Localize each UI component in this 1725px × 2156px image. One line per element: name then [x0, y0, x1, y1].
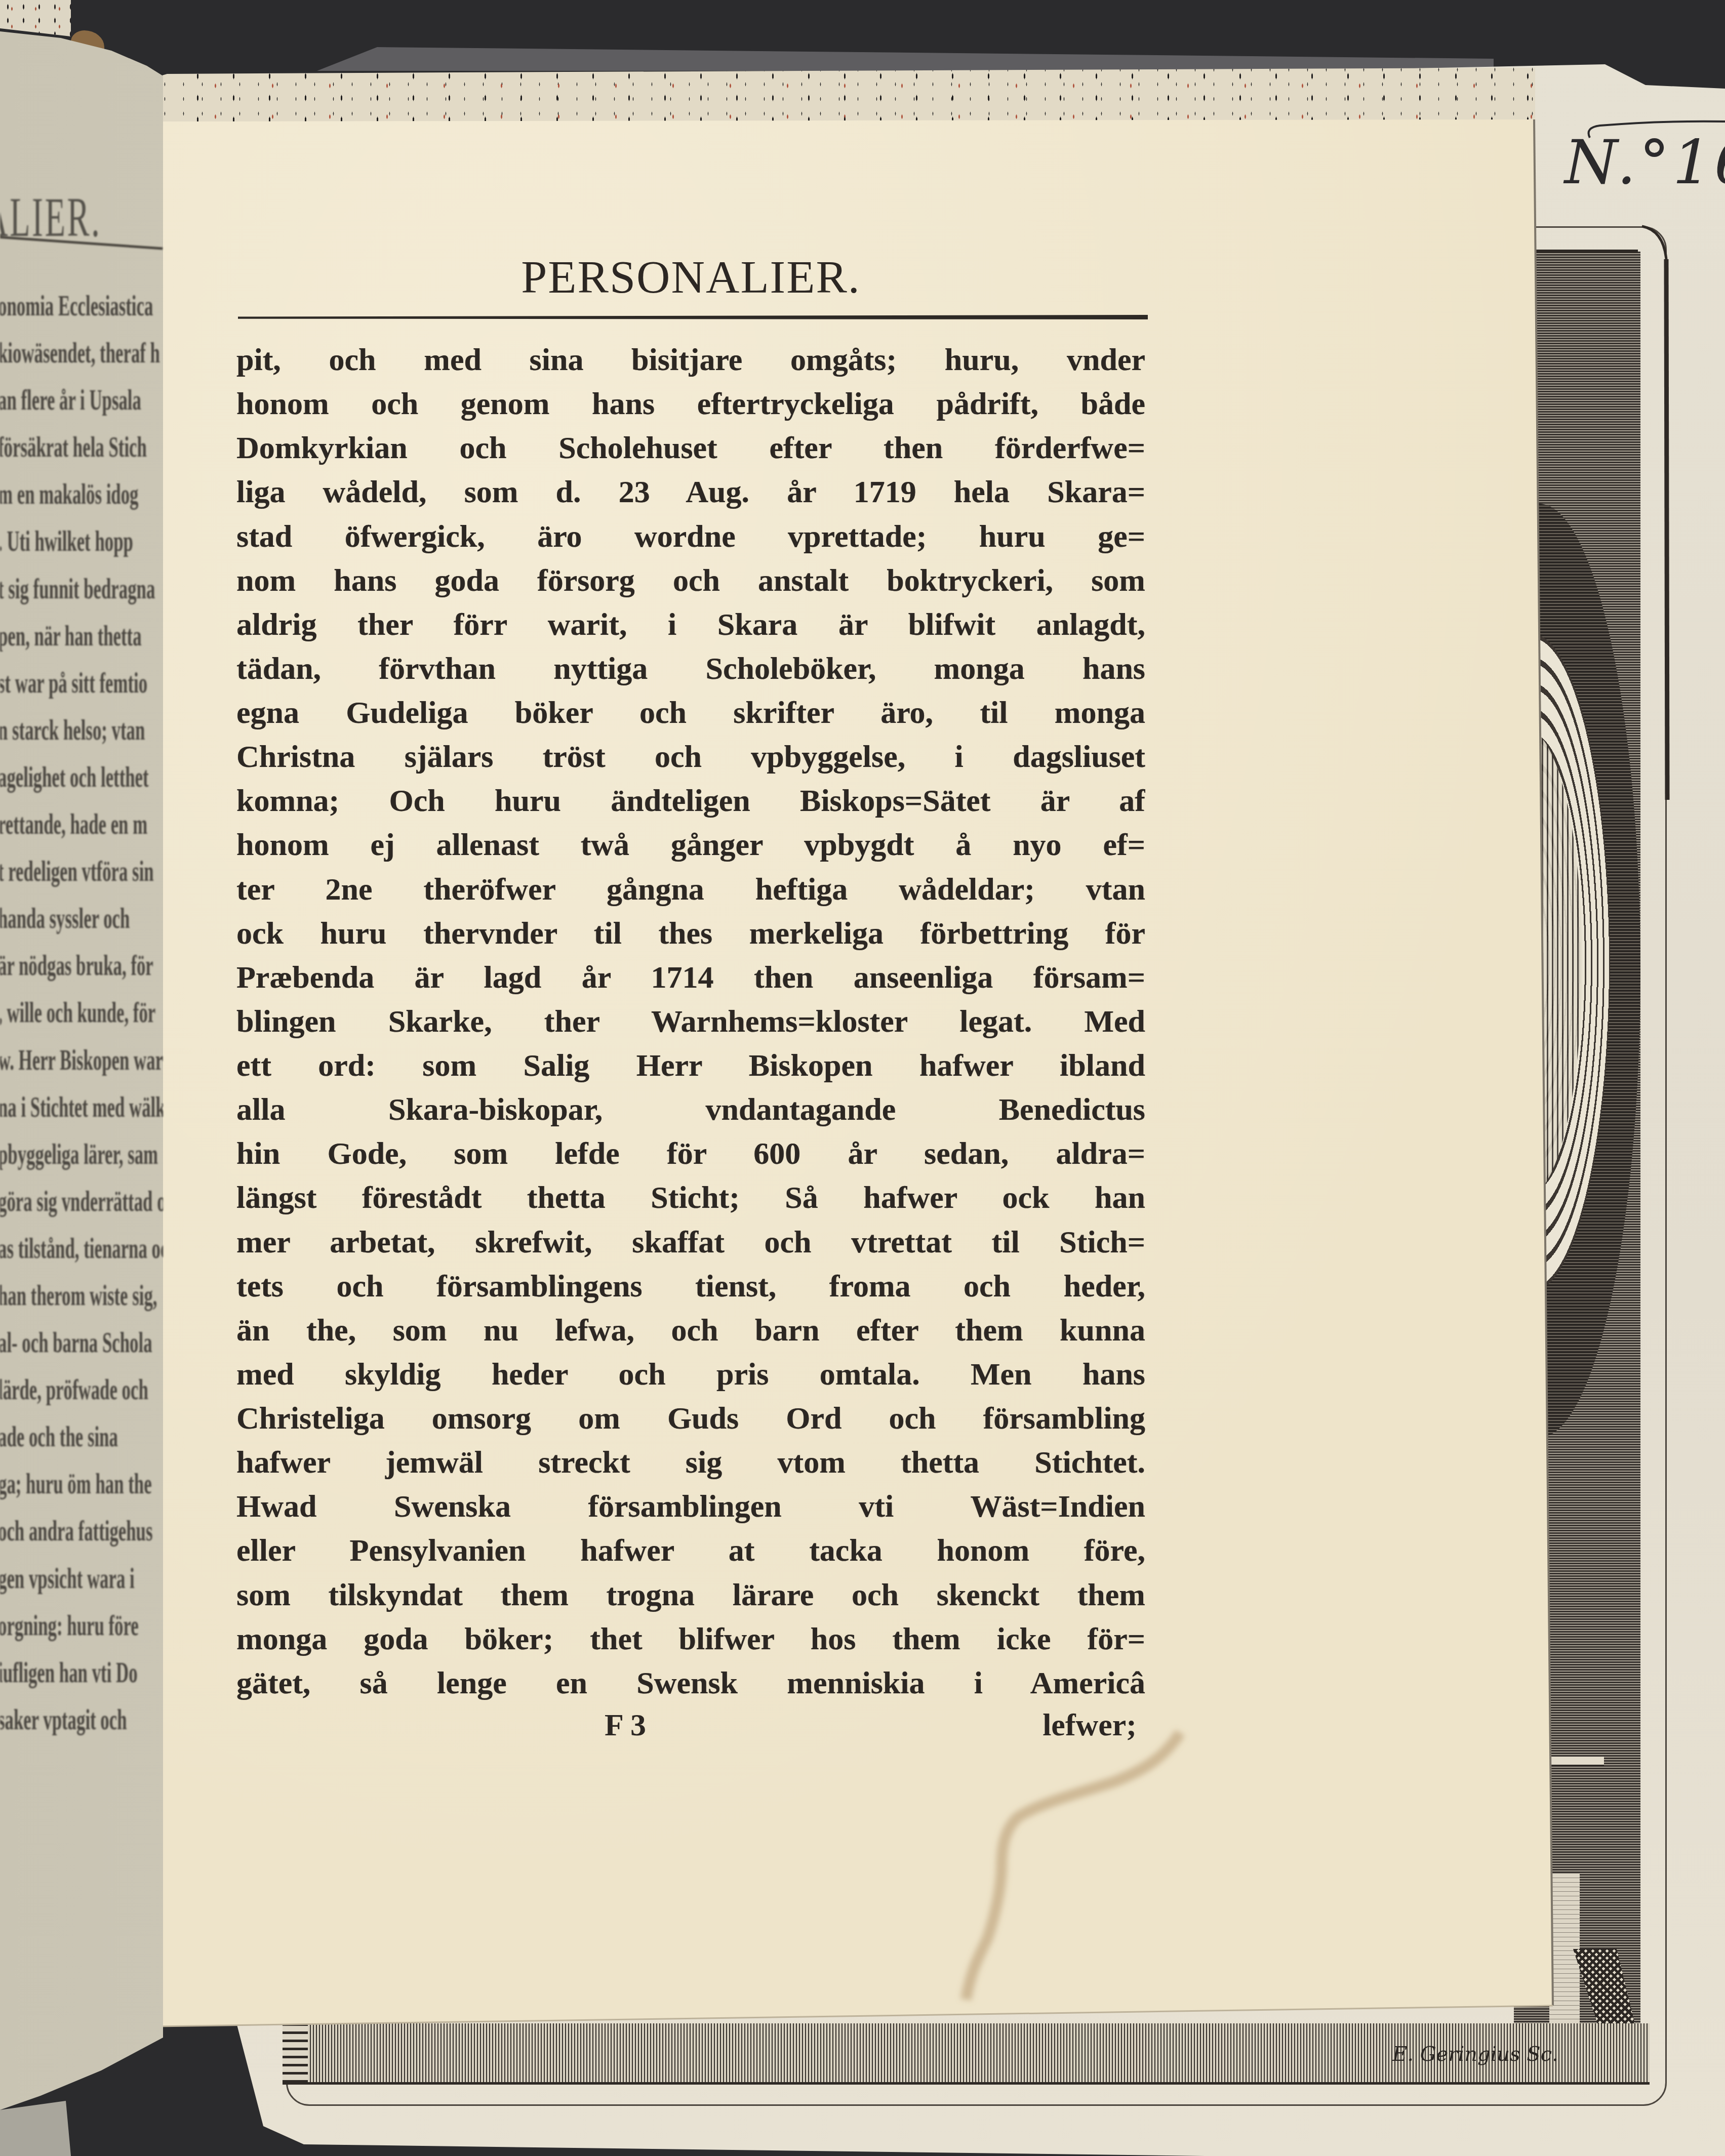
text-line: eller Pensylvanien hafwer at tacka honom…	[236, 1529, 1145, 1573]
text-line: , wille och kunde, för	[0, 989, 163, 1036]
text-line: pen, när han thetta	[0, 612, 163, 659]
left-page-text-area: ALIER. onomia Ecclesiastica kiowäsendet,…	[0, 0, 163, 2156]
text-line: egna Gudeliga böker och skrifter äro, ti…	[236, 691, 1145, 735]
engraving-bottom-band-edge	[283, 2023, 308, 2082]
text-line: än the, som nu lefwa, och barn efter the…	[236, 1309, 1145, 1353]
text-line: stad öfwergick, äro wordne vprettade; hu…	[236, 515, 1145, 559]
text-line: saker vptagit och	[0, 1696, 163, 1743]
text-line: honom ej allenast twå gånger vpbygdt å n…	[236, 823, 1145, 867]
text-line: lärde, pröfwade och	[0, 1366, 163, 1413]
text-line: ter 2ne theröfwer gångna heftiga wådelda…	[236, 868, 1145, 912]
text-line: agelighet och letthet	[0, 753, 163, 800]
text-line: försäkrat hela Stich	[0, 423, 163, 470]
text-line: är nödgas bruka, för	[0, 942, 163, 989]
text-line: nom hans goda försorg och anstalt boktry…	[236, 559, 1145, 603]
text-line: orgning: huru före	[0, 1602, 163, 1649]
text-line: längst förestådt thetta Sticht; Så hafwe…	[236, 1176, 1145, 1220]
text-line: med skyldig heder och pris omtala. Men h…	[236, 1353, 1145, 1397]
text-line: na i Stichtet med wälk	[0, 1083, 163, 1130]
running-head: PERSONALIER.	[236, 254, 1145, 300]
text-line: aldrig ther förr warit, i Skara är blifw…	[236, 603, 1145, 647]
text-line: ga; huru öm han the	[0, 1460, 163, 1507]
text-line: liga wådeld, som d. 23 Aug. år 1719 hela…	[236, 470, 1145, 514]
text-line: Domkyrkian och Scholehuset efter then fö…	[236, 426, 1145, 470]
text-line: ett ord: som Salig Herr Biskopen hafwer …	[236, 1044, 1145, 1088]
text-line: an flere år i Upsala	[0, 376, 163, 423]
text-line: pbyggeliga lärer, sam	[0, 1130, 163, 1177]
text-line: Christna själars tröst och vpbyggelse, i…	[236, 735, 1145, 779]
text-line: . Uti hwilket hopp	[0, 517, 163, 564]
text-line: alla Skara-biskopar, vndantagande Benedi…	[236, 1088, 1145, 1132]
engraving-light-hatching	[1549, 1873, 1580, 2023]
engraver-signature: E. Geringius Sc.	[1392, 2039, 1558, 2069]
text-line: gen vpsicht wara i	[0, 1555, 163, 1602]
text-line: hafwer jemwäl streckt sig vtom thetta St…	[236, 1441, 1145, 1485]
text-line: Hwad Swenska församblingen vti Wäst=Indi…	[236, 1485, 1145, 1529]
signature-mark: F 3	[605, 1703, 646, 1747]
text-line: iufligen han vti Do	[0, 1649, 163, 1696]
text-line: al- och barna Schola	[0, 1319, 163, 1366]
text-line: st war på sitt femtio	[0, 659, 163, 706]
text-line: m en makalös idog	[0, 470, 163, 517]
text-line: w. Herr Biskopen war	[0, 1036, 163, 1083]
catchword: lefwer;	[1000, 1703, 1137, 1747]
text-line: kiowäsendet, theraf h	[0, 329, 163, 376]
text-line: t sig funnit bedragna	[0, 565, 163, 612]
text-line: tädan, förvthan nyttiga Scholeböker, mon…	[236, 647, 1145, 691]
text-line: Christeliga omsorg om Guds Ord och försa…	[236, 1397, 1145, 1441]
text-line: as tilstånd, tienarna och	[0, 1225, 163, 1272]
body-text: pit, och med sina bisitjare omgåts; huru…	[236, 338, 1145, 1705]
text-line: mer arbetat, skrefwit, skaffat och vtret…	[236, 1221, 1145, 1265]
text-line: monga goda böker; thet blifwer hos them …	[236, 1617, 1145, 1661]
engraving-top-border	[1534, 250, 1638, 253]
text-line: rettande, hade en m	[0, 800, 163, 847]
text-line: komna; Och huru ändteligen Biskops=Sätet…	[236, 779, 1145, 823]
text-line: som tilskyndat them trogna lärare och sk…	[236, 1573, 1145, 1617]
text-line: ock huru thervnder til thes merkeliga fö…	[236, 912, 1145, 956]
left-body-text: onomia Ecclesiastica kiowäsendet, theraf…	[0, 282, 163, 1743]
text-line: honom och genom hans eftertryckeliga påd…	[236, 382, 1145, 426]
text-line: n starck helso; vtan	[0, 706, 163, 753]
text-line: onomia Ecclesiastica	[0, 282, 163, 329]
text-line: tets och församblingens tienst, froma oc…	[236, 1265, 1145, 1309]
handwritten-plate-number: N.°16	[1564, 133, 1725, 193]
text-line: han therom wiste sig,	[0, 1272, 163, 1319]
text-line: gätet, så lenge en Swensk menniskia i Am…	[236, 1661, 1145, 1705]
text-line: Præbenda är lagd år 1714 then anseenliga…	[236, 956, 1145, 1000]
text-line: handa syssler och	[0, 894, 163, 942]
text-line: göra sig vnderrättad om	[0, 1177, 163, 1225]
text-line: ade och the sina	[0, 1413, 163, 1460]
text-line: blingen Skarke, ther Warnhems=kloster le…	[236, 1000, 1145, 1044]
text-line: och andra fattigehus	[0, 1507, 163, 1554]
text-line: hin Gode, som lefde för 600 år sedan, al…	[236, 1132, 1145, 1176]
text-line: pit, och med sina bisitjare omgåts; huru…	[236, 338, 1145, 382]
text-line: t redeligen vtföra sin	[0, 847, 163, 894]
